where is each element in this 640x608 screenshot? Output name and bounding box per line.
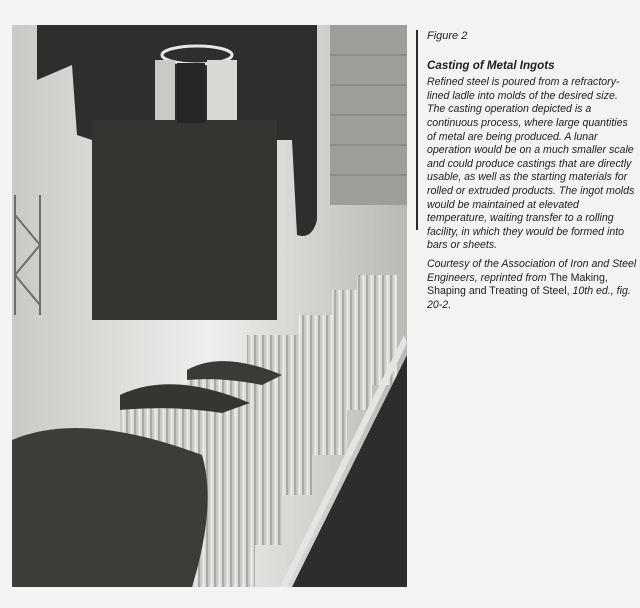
- figure-caption: Figure 2 Casting of Metal Ingots Refined…: [427, 30, 637, 312]
- photo-illustration: [12, 25, 407, 587]
- figure-description: Refined steel is poured from a refractor…: [427, 76, 637, 253]
- figure-label: Figure 2: [427, 30, 637, 44]
- figure-credit: Courtesy of the Association of Iron and …: [427, 258, 637, 312]
- caption-vertical-rule: [416, 30, 418, 230]
- figure-title: Casting of Metal Ingots: [427, 59, 637, 73]
- ingot-casting-photo: [12, 25, 407, 587]
